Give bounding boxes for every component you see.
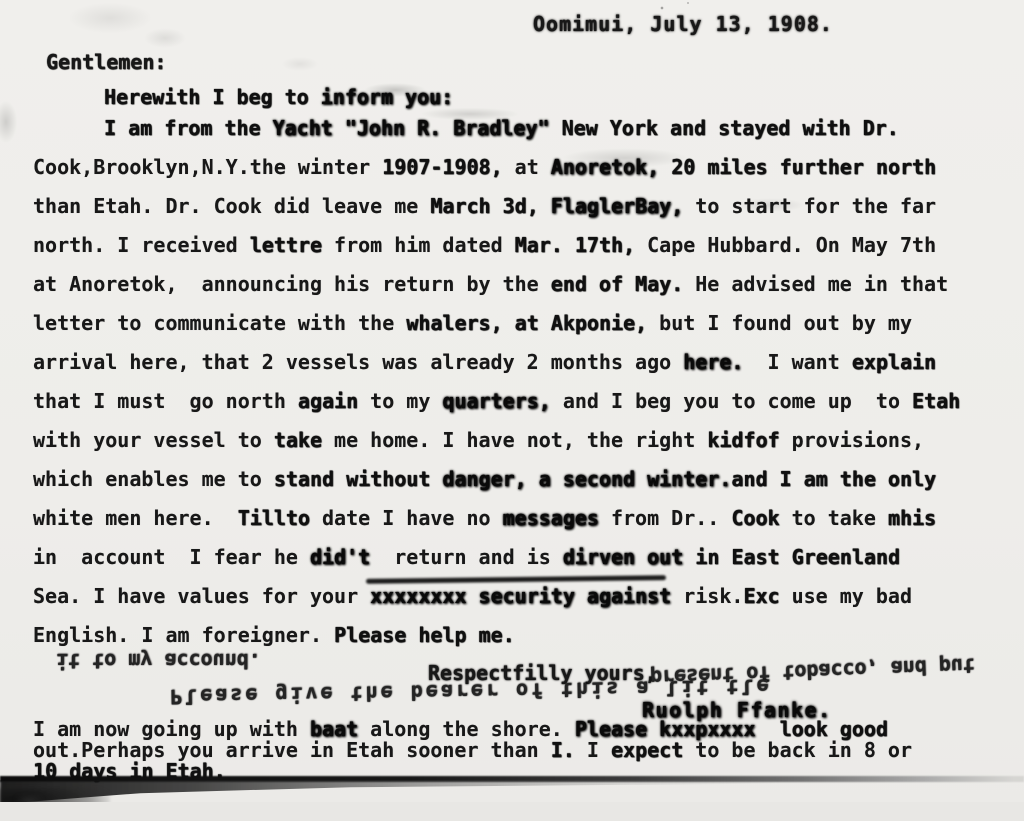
- text-segment: to my: [358, 389, 442, 413]
- letter-line: that I must go north again to my quarter…: [33, 382, 960, 421]
- text-segment: Mar. 17th,: [515, 233, 635, 257]
- letter-line: with your vessel to take me home. I have…: [33, 421, 960, 460]
- text-segment: return and is: [370, 545, 563, 569]
- text-segment: again: [298, 389, 358, 413]
- letter-salutation: Gentlemen:: [46, 50, 166, 74]
- text-segment: to start for the far: [683, 194, 936, 218]
- text-segment: Sea. I have values for your: [33, 584, 370, 608]
- text-segment: risk.: [671, 584, 743, 608]
- text-segment: letter to communicate with the: [33, 311, 406, 335]
- text-segment: xxxxxxxx: [370, 584, 466, 608]
- text-segment: that I must go north: [33, 389, 298, 413]
- scan-edge-strip: [0, 802, 1024, 821]
- text-segment: provisions,: [780, 428, 925, 452]
- letter-line: I am now going up with baat along the sh…: [33, 719, 912, 740]
- text-segment: 1907-1908,: [382, 155, 502, 179]
- text-segment: Anoretok,: [551, 155, 659, 179]
- text-segment: but I found out by my: [647, 311, 912, 335]
- letter-postscript: I am now going up with baat along the sh…: [33, 719, 912, 782]
- text-segment: New York and stayed with Dr.: [550, 116, 899, 140]
- text-segment: Please help me.: [334, 623, 515, 647]
- text-segment: take: [274, 428, 322, 452]
- letter-line: than Etah. Dr. Cook did leave me March 3…: [33, 187, 960, 226]
- text-segment: danger, a second winter.: [442, 467, 731, 491]
- text-segment: [466, 584, 478, 608]
- letter-line: letter to communicate with the whalers, …: [33, 304, 960, 343]
- text-segment: explain: [852, 350, 936, 374]
- letter-line: out.Perhaps you arrive in Etah sooner th…: [33, 740, 912, 761]
- text-segment: use my bad: [780, 584, 912, 608]
- letter-line: arrival here, that 2 vessels was already…: [33, 343, 960, 382]
- text-segment: in account I fear he: [33, 545, 310, 569]
- text-segment: Exc: [743, 584, 779, 608]
- text-segment: Cook,Brooklyn,N.Y.the winter: [33, 155, 382, 179]
- text-segment: and I am the only: [731, 467, 936, 491]
- letter-body: Herewith I beg to inform you:I am from t…: [33, 86, 960, 655]
- letter-line: Cook,Brooklyn,N.Y.the winter 1907-1908, …: [33, 148, 960, 187]
- text-segment: from him dated: [322, 233, 515, 257]
- letter-dateline: Oomimui, July 13, 1908.: [533, 12, 833, 36]
- text-segment: He advised me in that: [683, 272, 948, 296]
- text-segment: north. I received: [33, 233, 250, 257]
- text-segment: and I beg you to come up to: [551, 389, 912, 413]
- text-segment: I.: [551, 738, 575, 762]
- text-segment: FlaglerBay,: [551, 194, 683, 218]
- text-segment: arrival here, that 2 vessels was already…: [33, 350, 683, 374]
- text-segment: I am from the: [104, 116, 273, 140]
- letter-line: which enables me to stand without danger…: [33, 460, 960, 499]
- text-segment: March 3d,: [430, 194, 550, 218]
- text-segment: mhis: [888, 506, 936, 530]
- bleed-through-text-end: it to my accound.: [56, 649, 261, 673]
- text-segment: inform you:: [321, 85, 453, 109]
- text-segment: security against: [479, 584, 672, 608]
- text-segment: me home. I have not, the right: [322, 428, 707, 452]
- letter-line: I am from the Yacht "John R. Bradley" Ne…: [33, 109, 960, 148]
- text-segment: with your vessel to: [33, 428, 274, 452]
- text-segment: messages: [503, 506, 599, 530]
- text-segment: to take: [780, 506, 888, 530]
- text-segment: 20 miles further north: [659, 155, 936, 179]
- letter-line: in account I fear he did't return and is…: [33, 538, 960, 577]
- text-segment: English. I am foreigner.: [33, 623, 334, 647]
- text-segment: from Dr..: [599, 506, 731, 530]
- text-segment: stand without: [274, 467, 443, 491]
- text-segment: dirven out: [563, 545, 683, 569]
- text-segment: quarters,: [442, 389, 550, 413]
- text-segment: Herewith I beg to: [104, 85, 321, 109]
- text-segment: which enables me to: [33, 467, 274, 491]
- letter-line: Herewith I beg to inform you:: [33, 86, 960, 109]
- scanned-typewritten-letter: Oomimui, July 13, 1908. Gentlemen: Herew…: [0, 0, 1024, 821]
- text-segment: whalers, at Akponie,: [406, 311, 647, 335]
- text-segment: white men here.: [33, 506, 238, 530]
- text-segment: expect: [611, 738, 683, 762]
- text-segment: Cook: [731, 506, 779, 530]
- letter-line: Sea. I have values for your xxxxxxxx sec…: [33, 577, 960, 616]
- text-segment: than Etah. Dr. Cook did leave me: [33, 194, 430, 218]
- letter-line: white men here. Tillto date I have no me…: [33, 499, 960, 538]
- text-segment: lettre: [250, 233, 322, 257]
- text-segment: Cape Hubbard. On May 7th: [635, 233, 936, 257]
- text-segment: did't: [310, 545, 370, 569]
- text-segment: end of May.: [551, 272, 683, 296]
- text-segment: at: [503, 155, 551, 179]
- text-segment: Yacht "John R. Bradley": [273, 116, 550, 140]
- text-segment: I: [575, 738, 611, 762]
- text-segment: Tillto: [238, 506, 310, 530]
- letter-line: north. I received lettre from him dated …: [33, 226, 960, 265]
- text-segment: to be back in 8 or: [683, 738, 912, 762]
- text-segment: Etah: [912, 389, 960, 413]
- text-segment: at Anoretok, announcing his return by th…: [33, 272, 551, 296]
- letter-line: at Anoretok, announcing his return by th…: [33, 265, 960, 304]
- text-segment: date I have no: [310, 506, 503, 530]
- text-segment: in East Greenland: [683, 545, 900, 569]
- text-segment: kidfof: [707, 428, 779, 452]
- ink-smudge-wedge: [0, 780, 780, 804]
- text-segment: here.: [683, 350, 743, 374]
- text-segment: I want: [743, 350, 851, 374]
